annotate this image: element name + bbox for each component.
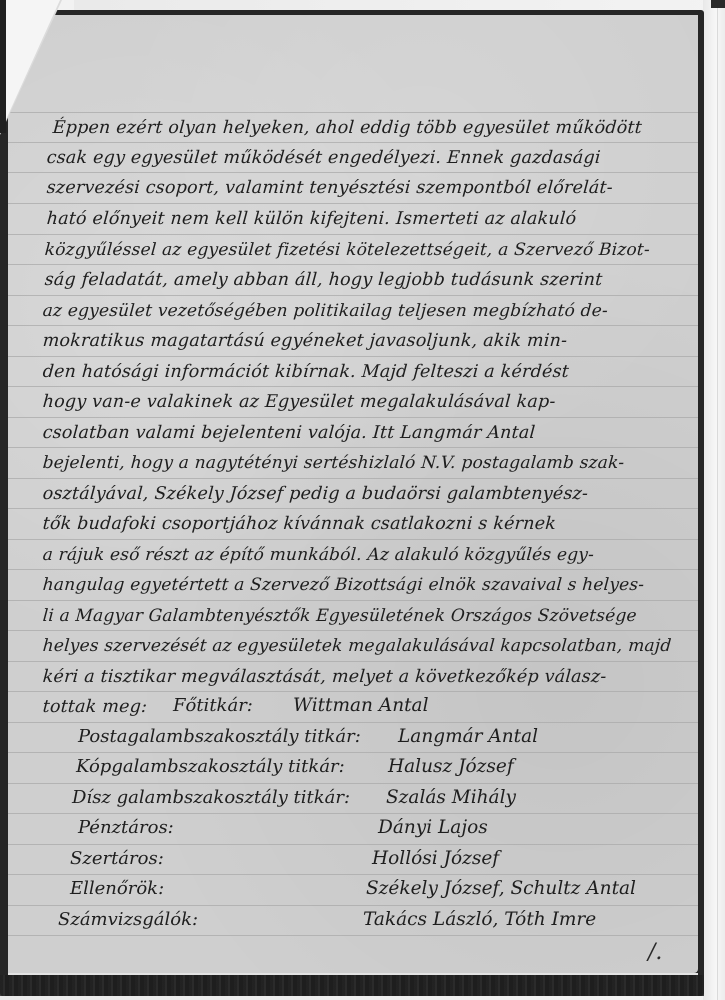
bottom-dark-band (0, 975, 704, 996)
body-line: ható előnyeit nem kell külön kifejteni. … (46, 209, 577, 229)
rule-line (8, 722, 698, 723)
rule-line (8, 752, 698, 753)
officer-name: Hollósi József (372, 848, 499, 869)
body-line: ság feladatát, amely abban áll, hogy leg… (44, 270, 603, 290)
scanner-corner-mark (711, 0, 725, 8)
rule-line (8, 142, 698, 143)
rule-line (8, 234, 698, 235)
body-line: hangulag egyetértett a Szervező Bizottsá… (42, 575, 645, 595)
body-line: helyes szervezését az egyesületek megala… (42, 636, 672, 656)
rule-line (8, 935, 698, 936)
body-line: hogy van-e valakinek az Egyesület megala… (42, 392, 556, 412)
body-line: szervezési csoport, valamint tenyésztési… (46, 178, 614, 198)
officer-name: Halusz József (388, 756, 514, 777)
officer-name: Langmár Antal (398, 726, 538, 747)
rule-line (8, 539, 698, 540)
body-line: li a Magyar Galambtenyésztők Egyesületén… (42, 606, 637, 626)
body-line: tők budafoki csoportjához kívánnak csatl… (42, 514, 557, 534)
body-line: csak egy egyesület működését engedélyezi… (46, 148, 601, 168)
rule-line (8, 874, 698, 875)
officer-name: Takács László, Tóth Imre (363, 909, 596, 930)
rule-line (8, 844, 698, 845)
body-line: den hatósági információt kibírnak. Majd … (42, 362, 570, 382)
officer-role: Ellenőrök: (70, 878, 164, 899)
body-line: mokratikus magatartású egyéneket javasol… (42, 331, 568, 351)
rule-line (8, 325, 698, 326)
officer-name: Székely József, Schultz Antal (366, 878, 636, 899)
rule-line (8, 386, 698, 387)
page-bottom-edge (8, 973, 698, 975)
officer-role: Postagalambszakosztály titkár: (78, 726, 361, 747)
body-line: csolatban valami bejelenteni valója. Itt… (42, 423, 536, 443)
body-line: bejelenti, hogy a nagytétényi sertéshizl… (42, 453, 625, 473)
officer-role: Főtitkár: (173, 695, 253, 716)
rule-line (8, 295, 698, 296)
body-line: a rájuk eső részt az építő munkából. Az … (42, 545, 595, 565)
body-line: kéri a tisztikar megválasztását, melyet … (42, 667, 607, 687)
page-continuation-mark: /. (648, 940, 662, 965)
body-line: tottak meg: (42, 697, 148, 717)
fold-left-shadow (0, 0, 6, 133)
rule-line (8, 508, 698, 509)
rule-line (8, 905, 698, 906)
rule-line (8, 691, 698, 692)
rule-line (8, 112, 698, 113)
rule-line (8, 630, 698, 631)
rule-line (8, 417, 698, 418)
rule-line (8, 600, 698, 601)
folded-corner-face (0, 0, 60, 133)
officer-role: Pénztáros: (78, 817, 174, 838)
body-line: az egyesület vezetőségében politikailag … (42, 301, 609, 321)
officer-role: Szertáros: (70, 848, 164, 869)
rule-line (8, 783, 698, 784)
rule-line (8, 813, 698, 814)
officer-name: Szalás Mihály (386, 787, 516, 808)
officer-role: Kópgalambszakosztály titkár: (76, 756, 345, 777)
officer-name: Dányi Lajos (378, 817, 488, 838)
scanner-edge-strip (703, 0, 725, 1000)
officer-role: Számvizsgálók: (58, 909, 198, 930)
rule-line (8, 356, 698, 357)
body-line: Éppen ezért olyan helyeken, ahol eddig t… (52, 118, 643, 138)
officer-role: Dísz galambszakosztály titkár: (72, 787, 350, 808)
rule-line (8, 203, 698, 204)
rule-line (8, 569, 698, 570)
body-line: közgyűléssel az egyesület fizetési kötel… (44, 240, 651, 260)
body-line: osztályával, Székely József pedig a buda… (42, 484, 589, 504)
rule-line (8, 447, 698, 448)
document-page: Éppen ezért olyan helyeken, ahol eddig t… (8, 15, 698, 973)
rule-line (8, 478, 698, 479)
rule-line (8, 264, 698, 265)
rule-line (8, 661, 698, 662)
rule-line (8, 172, 698, 173)
officer-name: Wittman Antal (293, 695, 429, 716)
